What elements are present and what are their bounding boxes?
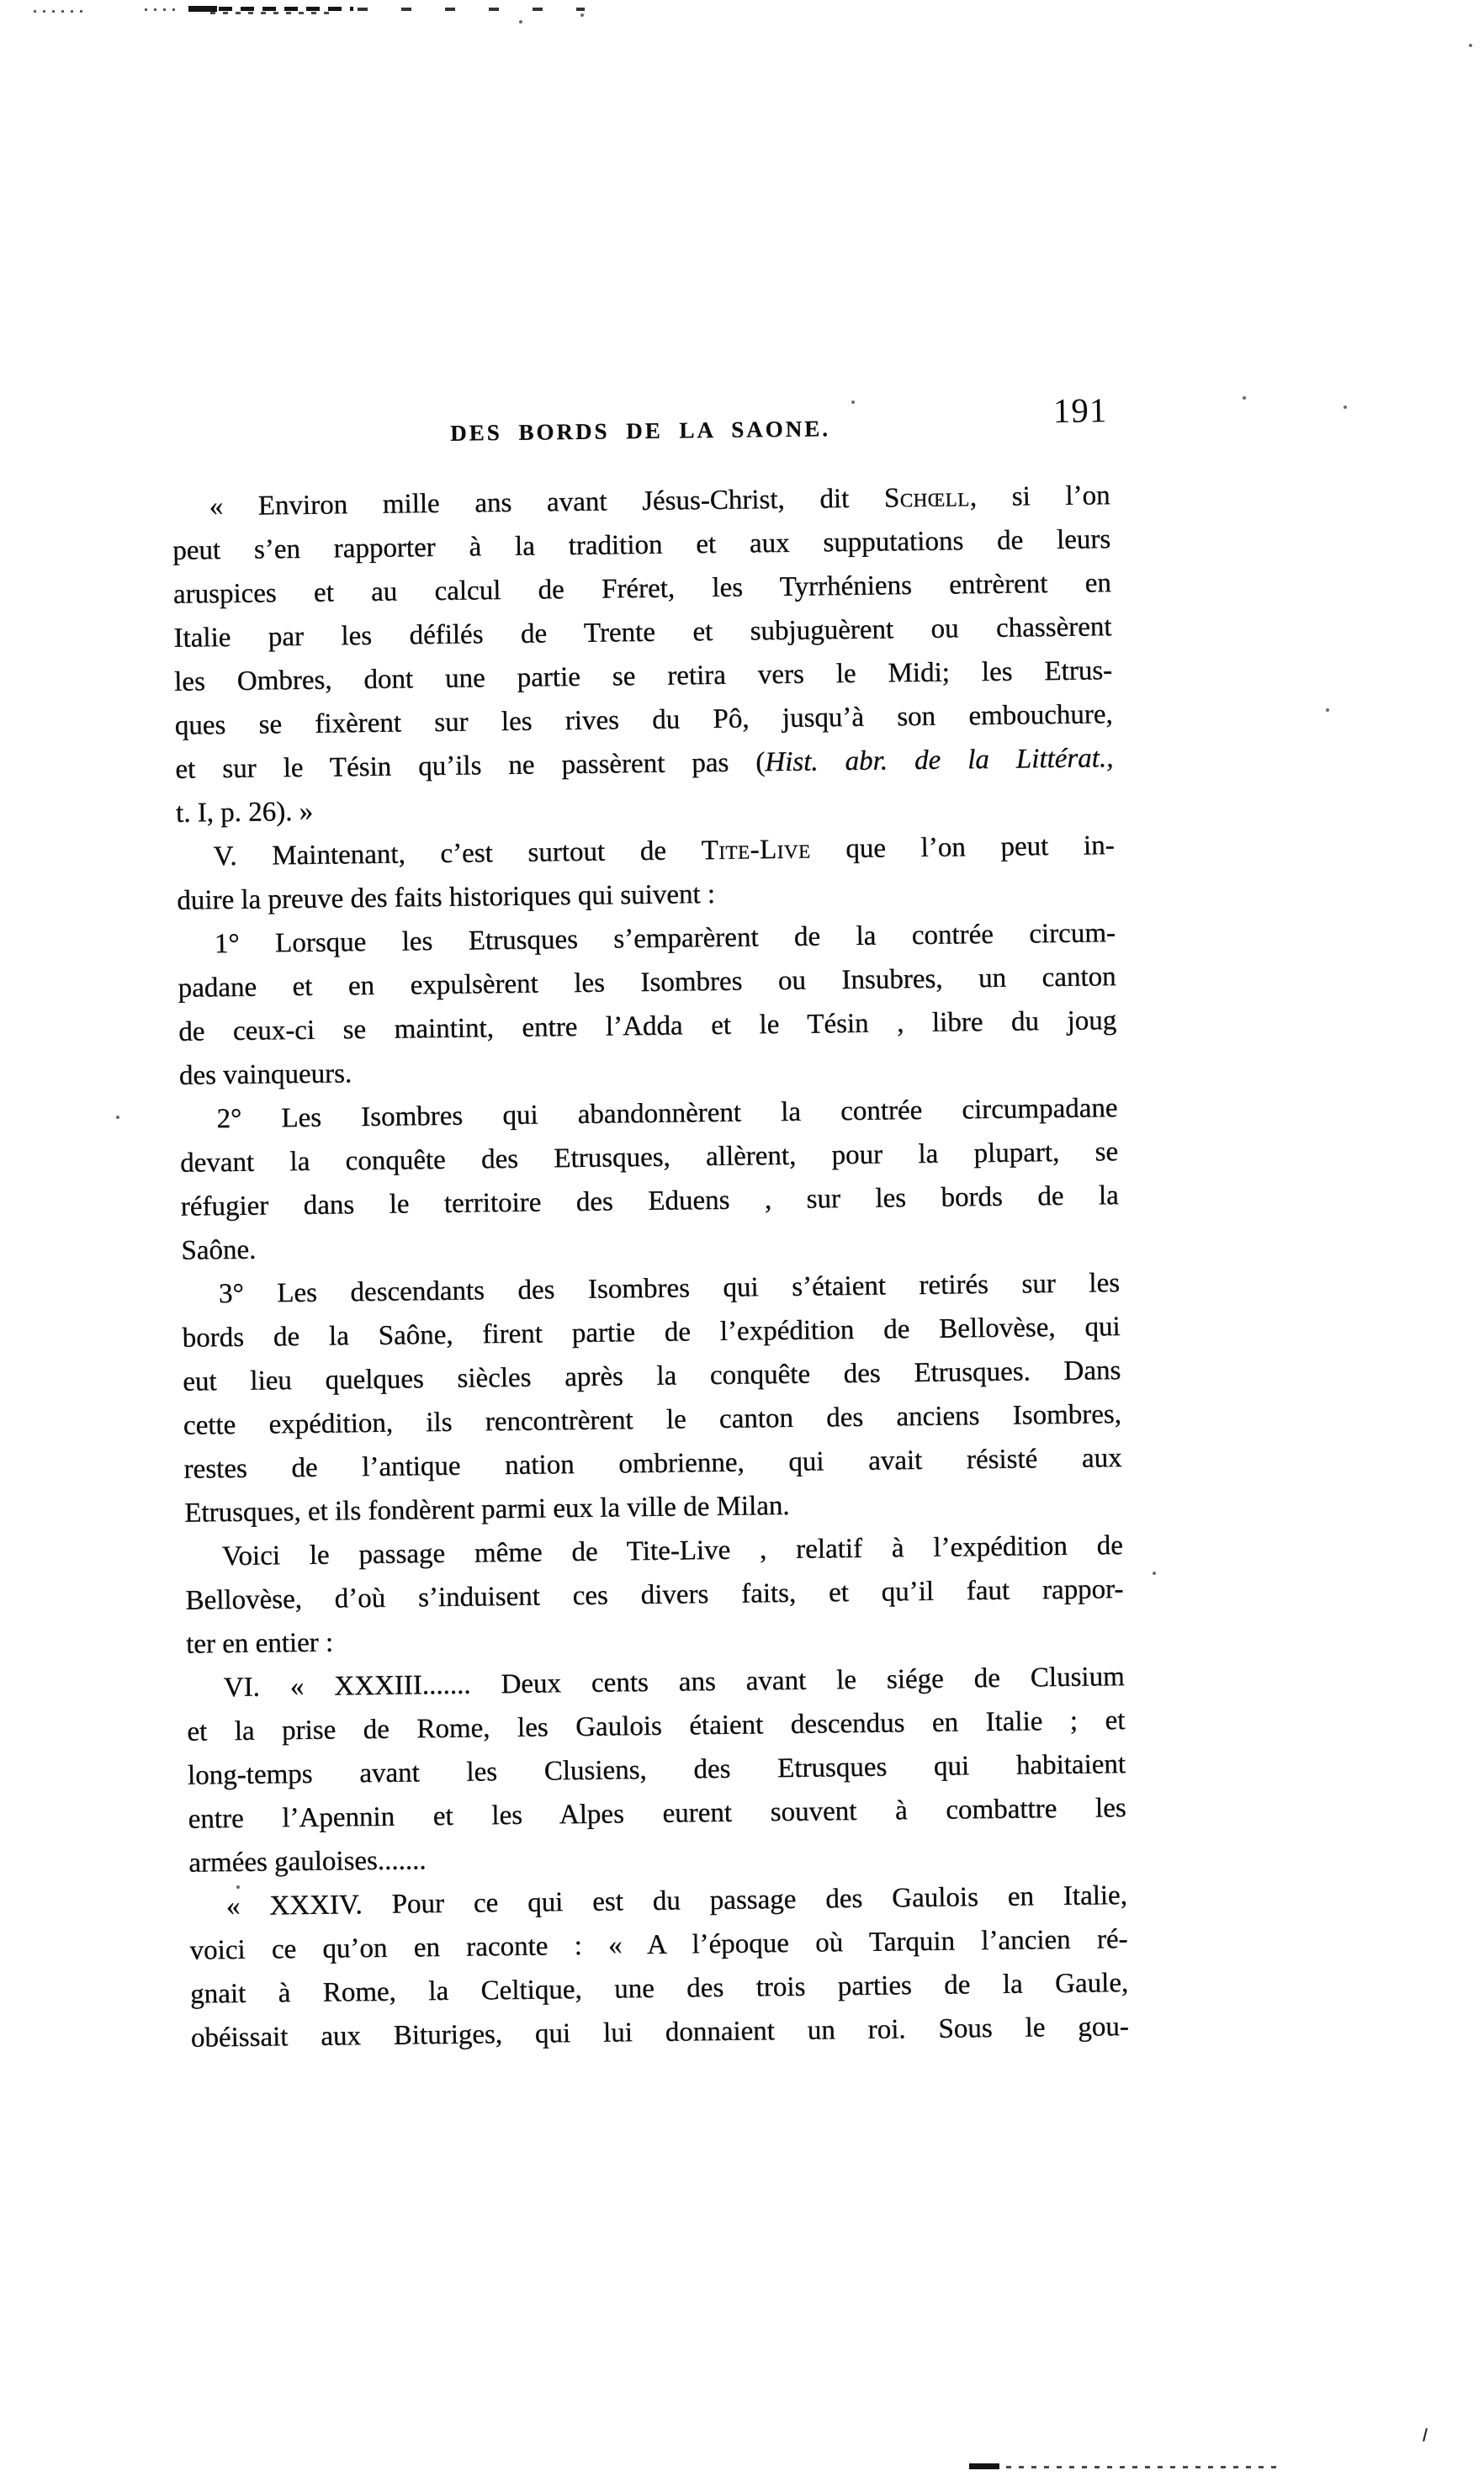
plain-text: Saône. (181, 1235, 256, 1266)
plain-text: gnait à Rome, la Celtique, une des trois… (190, 1968, 1128, 2010)
plain-text: 2° Les Isombres qui abandonnèrent la con… (216, 1093, 1117, 1134)
plain-text: de ceux-ci se maintint, entre l’Adda et … (178, 1005, 1116, 1047)
plain-text: ques se fixèrent sur les rives du Pô, ju… (175, 699, 1113, 741)
scan-speck (580, 13, 584, 17)
plain-text: 3° Les descendants des Isombres qui s’ét… (219, 1268, 1120, 1309)
plain-text: eut lieu quelques siècles après la conqu… (183, 1355, 1121, 1397)
plain-text: les Ombres, dont une partie se retira ve… (174, 655, 1112, 697)
plain-text: entre l’Apennin et les Alpes eurent souv… (188, 1793, 1126, 1835)
scan-speck (1326, 708, 1329, 712)
plain-text: voici ce qu’on en raconte : « A l’époque… (189, 1924, 1127, 1966)
plain-text: Italie par les défilés de Trente et subj… (173, 612, 1111, 654)
plain-text: aruspices et au calcul de Fréret, les Ty… (173, 568, 1111, 610)
plain-text: réfugier dans le territoire des Eduens ,… (181, 1180, 1119, 1222)
page-content: DES BORDS DE LA SAONE. 191 « Environ mil… (171, 393, 1129, 2060)
plain-text: bords de la Saône, firent partie de l’ex… (183, 1312, 1121, 1354)
paragraph: V. Maintenant, c’est surtout de Tite-Liv… (176, 824, 1115, 923)
scan-artifact (1423, 2428, 1428, 2442)
plain-text: et sur le Tésin qu’ils ne passèrent pas … (175, 747, 765, 785)
scan-artifact (210, 12, 337, 14)
page-number: 191 (1053, 386, 1108, 434)
plain-text: V. Maintenant, c’est surtout de (214, 835, 702, 872)
plain-text: Voici le passage même de Tite-Live , rel… (222, 1530, 1123, 1572)
book-page: DES BORDS DE LA SAONE. 191 « Environ mil… (0, 0, 1484, 2476)
plain-text: t. I, p. 26). » (176, 797, 314, 829)
scan-speck (519, 20, 522, 24)
scan-speck (1153, 1572, 1156, 1575)
italic-text: Hist. abr. de la Littérat., (765, 743, 1114, 777)
plain-text: padane et en expulsèrent les Isombres ou… (178, 962, 1116, 1004)
page-header: DES BORDS DE LA SAONE. 191 (171, 393, 1110, 460)
plain-text: , si l’on (970, 480, 1110, 512)
plain-text: des vainqueurs. (179, 1058, 352, 1091)
scan-artifact (188, 6, 217, 12)
plain-text: long-temps avant les Clusiens, des Etrus… (188, 1749, 1126, 1791)
text-body: « Environ mille ans avant Jésus-Christ, … (172, 474, 1129, 2060)
paragraph: 2° Les Isombres qui abandonnèrent la con… (179, 1086, 1119, 1273)
plain-text: 1° Lorsque les Etrusques s’emparèrent de… (215, 918, 1116, 959)
smallcaps-text: Schœll (884, 482, 970, 513)
plain-text: et la prise de Rome, les Gaulois étaient… (187, 1705, 1125, 1747)
running-title: DES BORDS DE LA SAONE. (171, 401, 1110, 460)
plain-text: obéissait aux Bituriges, qui lui donnaie… (191, 2012, 1129, 2054)
plain-text: « Environ mille ans avant Jésus-Christ, … (209, 484, 884, 522)
plain-text: ter en entier : (186, 1628, 333, 1660)
plain-text: que l’on peut in- (810, 830, 1115, 864)
paragraph: « XXXIV. Pour ce qui est du passage des … (189, 1874, 1129, 2060)
paragraph: VI. « XXXIII....... Deux cents ans avant… (187, 1655, 1127, 1885)
plain-text: armées gauloises....... (188, 1845, 427, 1878)
scan-artifact (358, 8, 585, 11)
scan-speck (1344, 406, 1347, 409)
plain-text: VI. « XXXIII....... Deux cents ans avant… (224, 1662, 1125, 1703)
scan-artifact (1006, 2466, 1284, 2468)
paragraph: Voici le passage même de Tite-Live , rel… (185, 1524, 1125, 1667)
plain-text: « XXXIV. Pour ce qui est du passage des … (226, 1880, 1127, 1922)
paragraph: 3° Les descendants des Isombres qui s’ét… (182, 1261, 1123, 1535)
plain-text: cette expédition, ils rencontrèrent le c… (183, 1399, 1121, 1441)
plain-text: duire la preuve des faits historiques qu… (177, 879, 715, 916)
plain-text: restes de l’antique nation ombrienne, qu… (183, 1443, 1121, 1485)
plain-text: Bellovèse, d’où s’induisent ces divers f… (185, 1574, 1123, 1616)
scan-speck (1469, 44, 1472, 47)
scan-artifact (969, 2463, 999, 2469)
paragraph: « Environ mille ans avant Jésus-Christ, … (172, 474, 1114, 835)
scan-speck (116, 1116, 119, 1119)
smallcaps-text: Tite-Live (702, 835, 811, 867)
scan-speck (1243, 396, 1246, 400)
scan-artifact (34, 10, 89, 13)
paragraph: 1° Lorsque les Etrusques s’emparèrent de… (178, 911, 1117, 1098)
scan-artifact (145, 8, 180, 11)
plain-text: Etrusques, et ils fondèrent parmi eux la… (184, 1491, 790, 1529)
plain-text: devant la conquête des Etrusques, allère… (180, 1137, 1118, 1179)
scan-artifact (219, 7, 353, 11)
plain-text: peut s’en rapporter à la tradition et au… (172, 524, 1110, 566)
